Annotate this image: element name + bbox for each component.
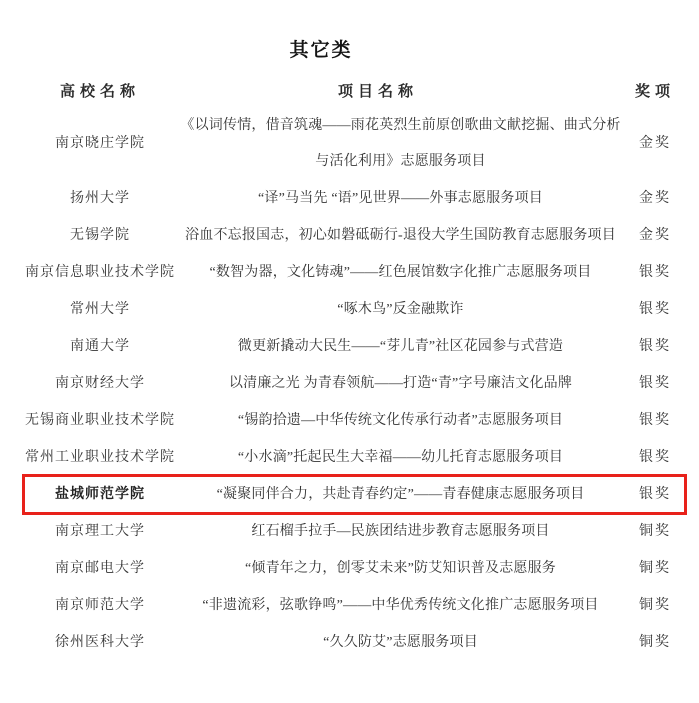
table-row: 扬州大学 “译”马当先 “语”见世界——外事志愿服务项目 金奖: [24, 180, 685, 217]
header-award: 奖项: [625, 82, 685, 102]
award-cell: 银奖: [625, 485, 685, 505]
award-cell: 银奖: [625, 411, 685, 431]
project-cell: “锡韵拾遗—中华传统文化传承行动者”志愿服务项目: [176, 403, 625, 439]
university-cell: 南京信息职业技术学院: [24, 263, 176, 283]
project-cell: 浴血不忘报国志，初心如磐砥砺行-退役大学生国防教育志愿服务项目: [176, 218, 625, 254]
award-cell: 银奖: [625, 448, 685, 468]
table-row: 南京晓庄学院 《以词传情，借音筑魂——雨花英烈生前原创歌曲文献挖掘、曲式分析 与…: [24, 108, 685, 180]
project-cell: 《以词传情，借音筑魂——雨花英烈生前原创歌曲文献挖掘、曲式分析 与活化利用》志愿…: [176, 108, 625, 180]
university-cell: 南京理工大学: [24, 522, 176, 542]
project-cell: 红石榴手拉手—民族团结进步教育志愿服务项目: [176, 514, 625, 550]
award-cell: 金奖: [625, 189, 685, 209]
university-cell: 徐州医科大学: [24, 633, 176, 653]
university-cell: 常州大学: [24, 300, 176, 320]
university-cell: 南通大学: [24, 337, 176, 357]
university-cell: 南京财经大学: [24, 374, 176, 394]
table-row: 徐州医科大学 “久久防艾”志愿服务项目 铜奖: [24, 624, 685, 661]
university-cell: 南京邮电大学: [24, 559, 176, 579]
header-university-name: 高校名称: [24, 82, 176, 102]
project-cell: “非遗流彩，弦歌铮鸣”——中华优秀传统文化推广志愿服务项目: [176, 588, 625, 624]
awards-table: 高校名称 项目名称 奖项 南京晓庄学院 《以词传情，借音筑魂——雨花英烈生前原创…: [24, 76, 685, 661]
university-cell: 扬州大学: [24, 189, 176, 209]
award-cell: 铜奖: [625, 559, 685, 579]
award-cell: 铜奖: [625, 522, 685, 542]
document-page: 其它类 高校名称 项目名称 奖项 南京晓庄学院 《以词传情，借音筑魂——雨花英烈…: [0, 0, 699, 703]
table-body: 南京晓庄学院 《以词传情，借音筑魂——雨花英烈生前原创歌曲文献挖掘、曲式分析 与…: [24, 108, 685, 661]
university-cell: 南京晓庄学院: [24, 134, 176, 154]
project-cell: “啄木鸟”反金融欺诈: [176, 292, 625, 328]
table-row: 南京师范大学 “非遗流彩，弦歌铮鸣”——中华优秀传统文化推广志愿服务项目 铜奖: [24, 587, 685, 624]
table-row: 无锡学院 浴血不忘报国志，初心如磐砥砺行-退役大学生国防教育志愿服务项目 金奖: [24, 217, 685, 254]
project-cell: 微更新撬动大民生——“芽儿青”社区花园参与式营造: [176, 329, 625, 365]
project-cell: “数智为器，文化铸魂”——红色展馆数字化推广志愿服务项目: [176, 255, 625, 291]
header-project-name: 项目名称: [176, 82, 625, 102]
award-cell: 银奖: [625, 263, 685, 283]
table-row: 南京信息职业技术学院 “数智为器，文化铸魂”——红色展馆数字化推广志愿服务项目 …: [24, 254, 685, 291]
project-cell: “小水滴”托起民生大幸福——幼儿托育志愿服务项目: [176, 440, 625, 476]
award-cell: 金奖: [625, 134, 685, 154]
table-row: 无锡商业职业技术学院 “锡韵拾遗—中华传统文化传承行动者”志愿服务项目 银奖: [24, 402, 685, 439]
project-cell: “倾青年之力，创零艾未来”防艾知识普及志愿服务: [176, 551, 625, 587]
table-row-highlighted: 盐城师范学院 “凝聚同伴合力，共赴青春约定”——青春健康志愿服务项目 银奖: [24, 476, 685, 513]
table-row: 常州工业职业技术学院 “小水滴”托起民生大幸福——幼儿托育志愿服务项目 银奖: [24, 439, 685, 476]
award-cell: 银奖: [625, 300, 685, 320]
table-header-row: 高校名称 项目名称 奖项: [24, 76, 685, 108]
project-cell: “久久防艾”志愿服务项目: [176, 625, 625, 661]
project-cell: 以清廉之光 为青春领航——打造“青”字号廉洁文化品牌: [176, 366, 625, 402]
table-row: 南京邮电大学 “倾青年之力，创零艾未来”防艾知识普及志愿服务 铜奖: [24, 550, 685, 587]
university-cell: 无锡商业职业技术学院: [24, 411, 176, 431]
project-cell: “译”马当先 “语”见世界——外事志愿服务项目: [176, 181, 625, 217]
page-title: 其它类: [0, 0, 642, 62]
award-cell: 金奖: [625, 226, 685, 246]
table-row: 南京理工大学 红石榴手拉手—民族团结进步教育志愿服务项目 铜奖: [24, 513, 685, 550]
table-row: 常州大学 “啄木鸟”反金融欺诈 银奖: [24, 291, 685, 328]
project-cell: “凝聚同伴合力，共赴青春约定”——青春健康志愿服务项目: [176, 477, 625, 513]
university-cell: 常州工业职业技术学院: [24, 448, 176, 468]
university-cell: 盐城师范学院: [24, 485, 176, 505]
award-cell: 银奖: [625, 337, 685, 357]
table-row: 南通大学 微更新撬动大民生——“芽儿青”社区花园参与式营造 银奖: [24, 328, 685, 365]
table-row: 南京财经大学 以清廉之光 为青春领航——打造“青”字号廉洁文化品牌 银奖: [24, 365, 685, 402]
university-cell: 无锡学院: [24, 226, 176, 246]
award-cell: 铜奖: [625, 596, 685, 616]
award-cell: 铜奖: [625, 633, 685, 653]
university-cell: 南京师范大学: [24, 596, 176, 616]
award-cell: 银奖: [625, 374, 685, 394]
